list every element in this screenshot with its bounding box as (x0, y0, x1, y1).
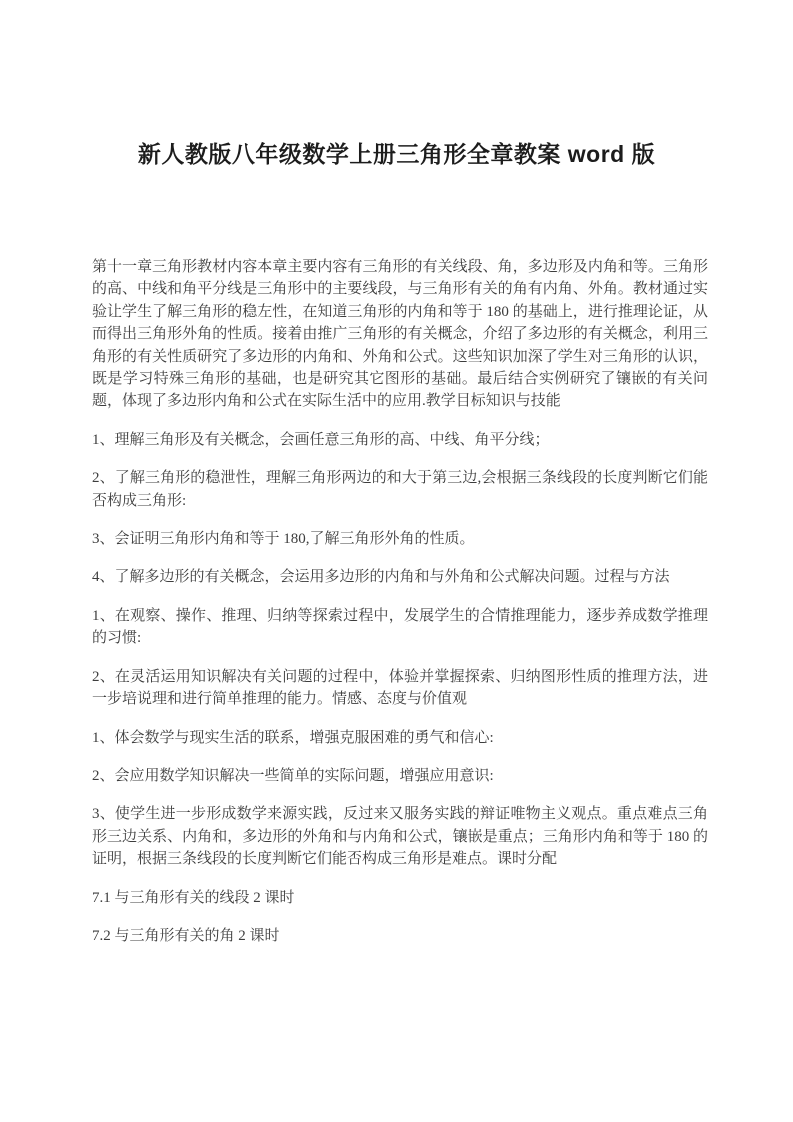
emotion-value-item-1: 1、体会数学与现实生活的联系，增强克服困难的勇气和信心: (92, 727, 708, 749)
knowledge-skill-item-3: 3、会证明三角形内角和等于 180,了解三角形外角的性质。 (92, 528, 708, 550)
process-method-item-2: 2、在灵活运用知识解决有关问题的过程中，体验并掌握探索、归纳图形性质的推理方法，… (92, 666, 708, 711)
document-body: 第十一章三角形教材内容本章主要内容有三角形的有关线段、角，多边形及内角和等。三角… (92, 256, 708, 963)
schedule-item-7-1: 7.1 与三角形有关的线段 2 课时 (92, 887, 708, 909)
emotion-value-item-3: 3、使学生进一步形成数学来源实践，反过来又服务实践的辩证唯物主义观点。重点难点三… (92, 803, 708, 870)
emotion-value-item-2: 2、会应用数学知识解决一些简单的实际问题，增强应用意识: (92, 765, 708, 787)
knowledge-skill-item-4: 4、了解多边形的有关概念，会运用多边形的内角和与外角和公式解决问题。过程与方法 (92, 566, 708, 588)
knowledge-skill-item-2: 2、了解三角形的稳泄性，理解三角形两边的和大于第三边,会根据三条线段的长度判断它… (92, 467, 708, 512)
knowledge-skill-item-1: 1、理解三角形及有关概念，会画任意三角形的高、中线、角平分线； (92, 429, 708, 451)
document-page: 新人教版八年级数学上册三角形全章教案 word 版 第十一章三角形教材内容本章主… (0, 0, 793, 1122)
document-title: 新人教版八年级数学上册三角形全章教案 word 版 (0, 136, 793, 169)
process-method-item-1: 1、在观察、操作、推理、归纳等探索过程中，发展学生的合情推理能力，逐步养成数学推… (92, 605, 708, 650)
schedule-item-7-2: 7.2 与三角形有关的角 2 课时 (92, 925, 708, 947)
intro-paragraph: 第十一章三角形教材内容本章主要内容有三角形的有关线段、角，多边形及内角和等。三角… (92, 256, 708, 413)
